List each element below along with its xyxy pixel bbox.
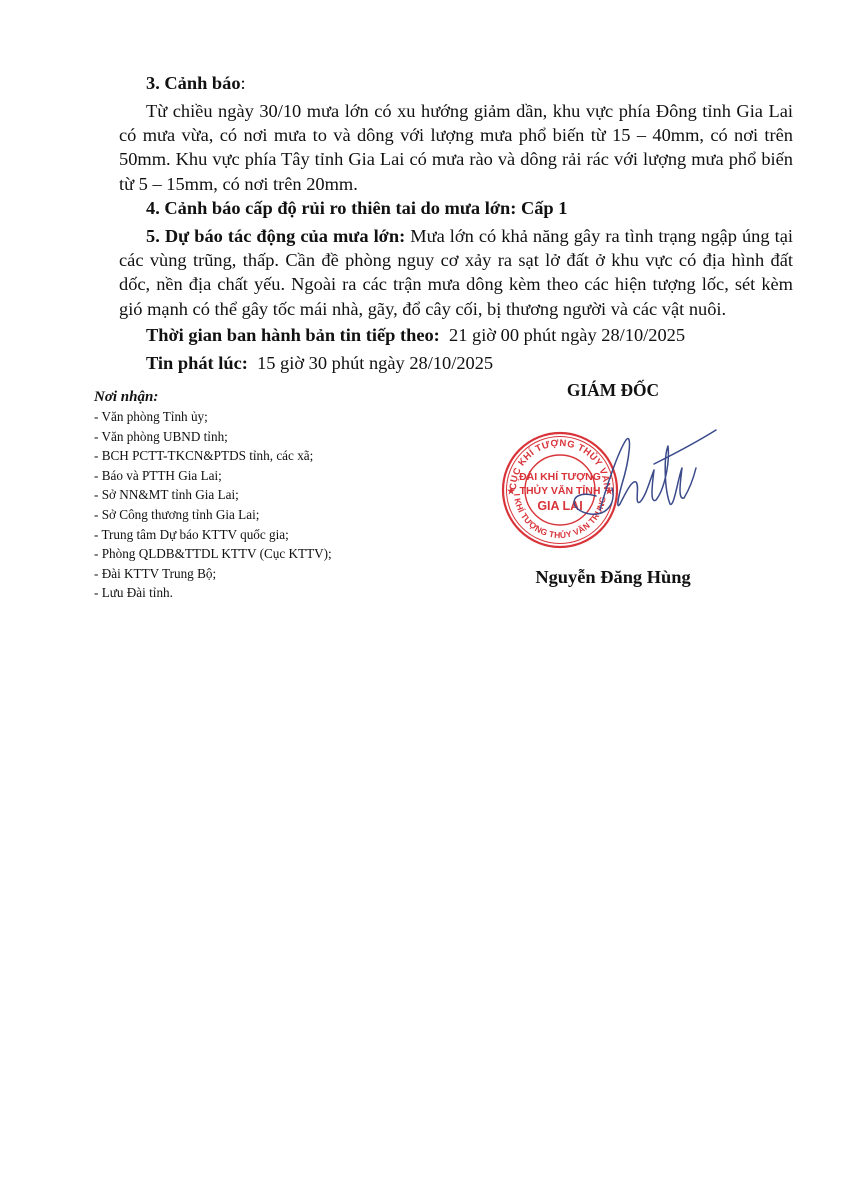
section-3-title: 3. Cảnh báo [146, 73, 241, 93]
signer-name: Nguyễn Đăng Hùng [520, 567, 706, 588]
signer-position: GIÁM ĐỐC [520, 380, 706, 401]
recipient-item: - Báo và PTTH Gia Lai; [94, 466, 394, 486]
svg-text:★: ★ [507, 486, 516, 496]
section-5-title: 5. Dự báo tác động của mưa lớn: [146, 226, 405, 246]
next-issue-line: Thời gian ban hành bản tin tiếp theo: 21… [146, 325, 685, 346]
issued-at-line: Tin phát lúc: 15 giờ 30 phút ngày 28/10/… [146, 353, 493, 374]
section-3-body: Từ chiều ngày 30/10 mưa lớn có xu hướng … [119, 99, 793, 196]
recipient-item: - Văn phòng Tỉnh ủy; [94, 407, 394, 427]
next-issue-value: 21 giờ 00 phút ngày 28/10/2025 [440, 325, 685, 345]
recipient-item: - Sở NN&MT tỉnh Gia Lai; [94, 485, 394, 505]
recipients-block: Nơi nhận: - Văn phòng Tỉnh ủy;- Văn phòn… [94, 388, 394, 603]
section-3-colon: : [241, 73, 246, 93]
recipient-item: - Sở Công thương tỉnh Gia Lai; [94, 505, 394, 525]
recipient-item: - BCH PCTT-TKCN&PTDS tỉnh, các xã; [94, 446, 394, 466]
section-5-paragraph: 5. Dự báo tác động của mưa lớn: Mưa lớn … [119, 224, 793, 321]
recipients-list: - Văn phòng Tỉnh ủy;- Văn phòng UBND tỉn… [94, 407, 394, 603]
section-3-heading: 3. Cảnh báo: [146, 73, 246, 94]
next-issue-label: Thời gian ban hành bản tin tiếp theo: [146, 325, 440, 345]
recipient-item: - Lưu Đài tỉnh. [94, 583, 394, 603]
recipient-item: - Văn phòng UBND tỉnh; [94, 427, 394, 447]
recipients-title: Nơi nhận: [94, 388, 394, 406]
recipient-item: - Phòng QLDB&TTDL KTTV (Cục KTTV); [94, 544, 394, 564]
document-page: 3. Cảnh báo: Từ chiều ngày 30/10 mưa lớn… [0, 0, 849, 1200]
issued-at-label: Tin phát lúc: [146, 353, 248, 373]
section-4-heading: 4. Cảnh báo cấp độ rủi ro thiên tai do m… [146, 198, 567, 219]
recipient-item: - Trung tâm Dự báo KTTV quốc gia; [94, 525, 394, 545]
issued-at-value: 15 giờ 30 phút ngày 28/10/2025 [248, 353, 493, 373]
section-5: 5. Dự báo tác động của mưa lớn: Mưa lớn … [119, 224, 793, 321]
recipient-item: - Đài KTTV Trung Bộ; [94, 564, 394, 584]
section-3-paragraph: Từ chiều ngày 30/10 mưa lớn có xu hướng … [119, 99, 793, 196]
handwritten-signature-icon [560, 418, 720, 528]
